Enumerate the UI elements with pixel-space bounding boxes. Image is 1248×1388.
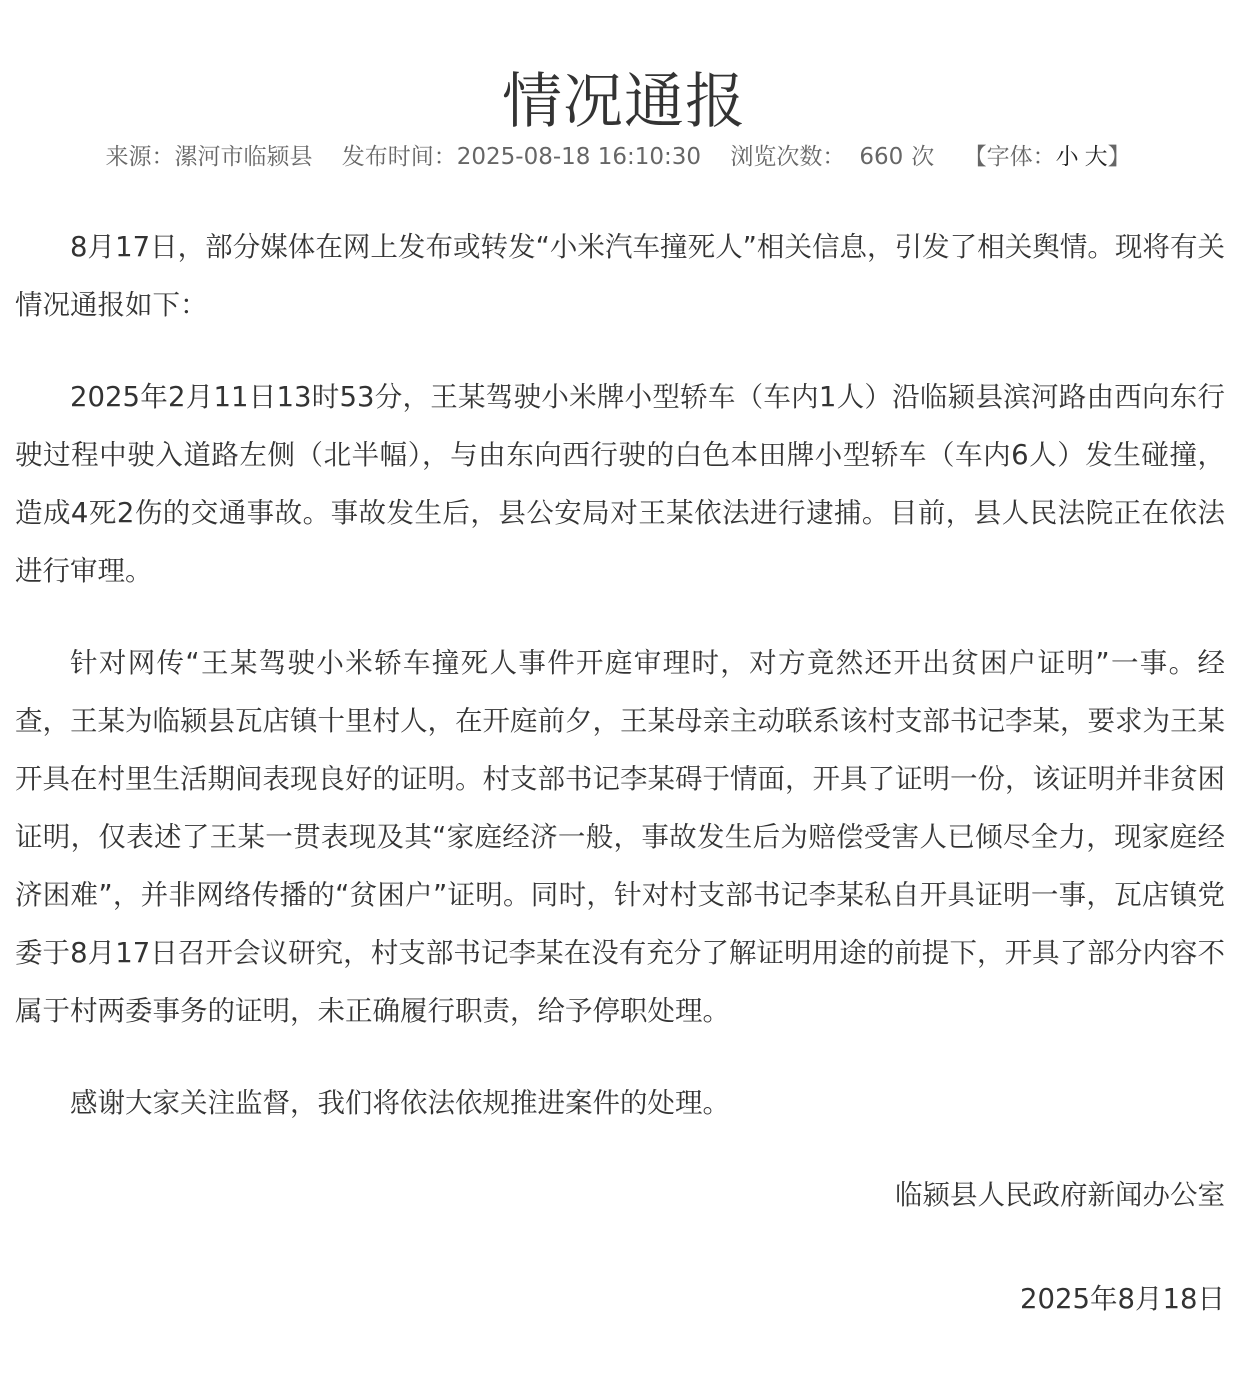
font-size-label-close: 】 — [1108, 140, 1131, 174]
page-title: 情况通报 — [0, 62, 1248, 142]
article-body: 8月17日，部分媒体在网上发布或转发“小米汽车撞死人”相关信息，引发了相关舆情。… — [15, 218, 1225, 1362]
views-unit: 次 — [911, 140, 934, 174]
signature: 临颍县人民政府新闻办公室 — [15, 1166, 1225, 1224]
views-count: 660 — [859, 140, 903, 174]
source-label: 来源： — [105, 140, 174, 174]
paragraph-certificate: 针对网传“王某驾驶小米轿车撞死人事件开庭审理时，对方竟然还开出贫困户证明”一事。… — [15, 634, 1225, 1040]
font-small-button[interactable]: 小 — [1056, 140, 1079, 174]
issue-date: 2025年8月18日 — [15, 1270, 1225, 1328]
paragraph-closing: 感谢大家关注监督，我们将依法依规推进案件的处理。 — [15, 1074, 1225, 1132]
paragraph-intro: 8月17日，部分媒体在网上发布或转发“小米汽车撞死人”相关信息，引发了相关舆情。… — [15, 218, 1225, 334]
paragraph-accident: 2025年2月11日13时53分，王某驾驶小米牌小型轿车（车内1人）沿临颍县滨河… — [15, 368, 1225, 600]
views-label: 浏览次数： — [730, 140, 845, 174]
publish-time-value: 2025-08-18 16:10:30 — [457, 140, 701, 174]
source-value: 漯河市临颍县 — [174, 140, 312, 174]
publish-time-label: 发布时间： — [342, 140, 457, 174]
font-size-label: 【字体： — [964, 140, 1056, 174]
font-large-button[interactable]: 大 — [1085, 140, 1108, 174]
article-meta: 来源：漯河市临颍县 发布时间：2025-08-18 16:10:30 浏览次数：… — [0, 140, 1236, 174]
